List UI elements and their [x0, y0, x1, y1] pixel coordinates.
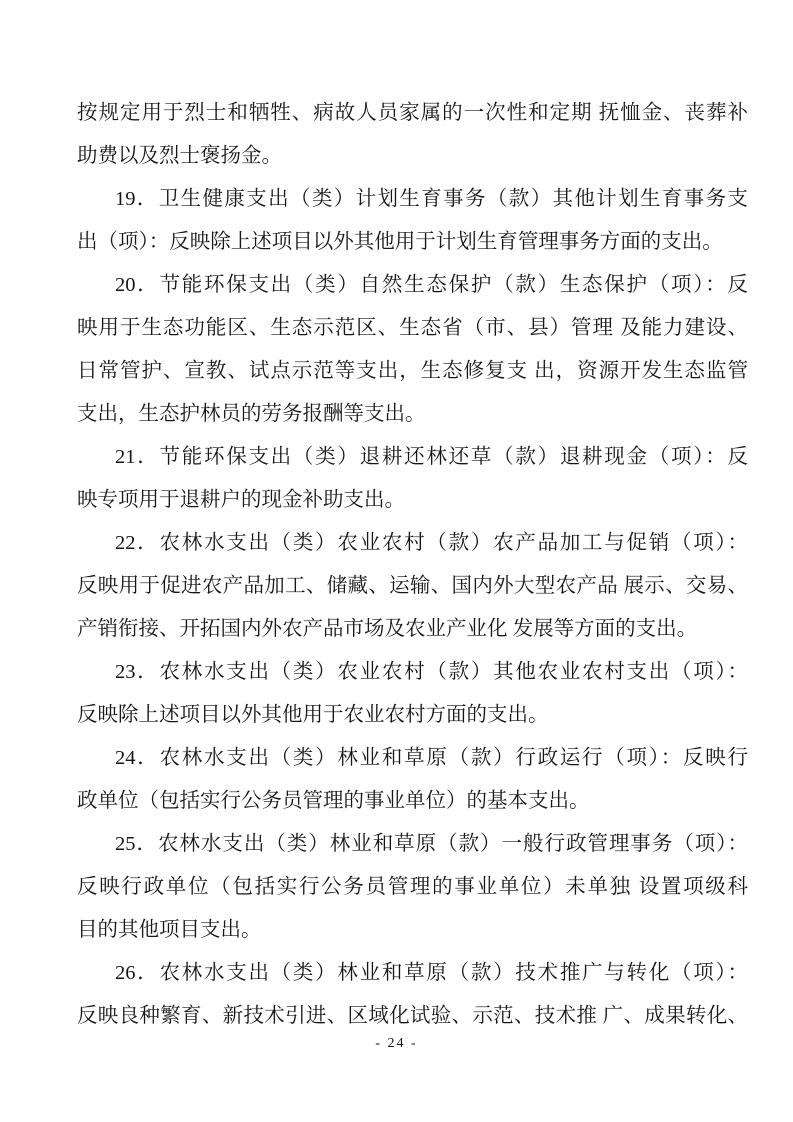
document-body: 按规定用于烈士和牺牲、病故人员家属的一次性和定期 抚恤金、丧葬补助费以及烈士褒扬…	[77, 92, 748, 1038]
text-line-item-23: 反映除上述项目以外其他用于农业农村方面的支出。	[77, 694, 748, 737]
text-line-item-20: 20．节能环保支出（类）自然生态保护（款）生态保护（项）：反	[77, 264, 748, 307]
text-line: 助费以及烈士褒扬金。	[77, 135, 748, 178]
document-page: 按规定用于烈士和牺牲、病故人员家属的一次性和定期 抚恤金、丧葬补助费以及烈士褒扬…	[0, 0, 793, 1122]
text-line-item-19: 19．卫生健康支出（类）计划生育事务（款）其他计划生育事务支	[77, 178, 748, 221]
text-line-item-22: 产销衔接、开拓国内外农产品市场及农业产业化 发展等方面的支出。	[77, 608, 748, 651]
text-line-item-25: 25．农林水支出（类）林业和草原（款）一般行政管理事务（项）：	[77, 823, 748, 866]
text-line-item-21: 映专项用于退耕户的现金补助支出。	[77, 479, 748, 522]
text-line-item-23: 23．农林水支出（类）农业农村（款）其他农业农村支出（项）：	[77, 651, 748, 694]
text-line-item-20: 日常管护、宣教、试点示范等支出，生态修复支 出，资源开发生态监管	[77, 350, 748, 393]
text-line-item-26: 反映良种繁育、新技术引进、区域化试验、示范、技术推 广、成果转化、	[77, 995, 748, 1038]
text-line-item-22: 22．农林水支出（类）农业农村（款）农产品加工与促销（项）：	[77, 522, 748, 565]
text-line-item-25: 反映行政单位（包括实行公务员管理的事业单位）未单独 设置项级科	[77, 866, 748, 909]
text-line-item-19: 出（项）：反映除上述项目以外其他用于计划生育管理事务方面的支出。	[77, 221, 748, 264]
page-number: - 24 -	[0, 1036, 793, 1052]
text-line-item-26: 26．农林水支出（类）林业和草原（款）技术推广与转化（项）：	[77, 952, 748, 995]
text-line-item-25: 目的其他项目支出。	[77, 909, 748, 952]
text-line-item-20: 映用于生态功能区、生态示范区、生态省（市、县）管理 及能力建设、	[77, 307, 748, 350]
text-line-item-22: 反映用于促进农产品加工、储藏、运输、国内外大型农产品 展示、交易、	[77, 565, 748, 608]
text-line-item-24: 政单位（包括实行公务员管理的事业单位）的基本支出。	[77, 780, 748, 823]
text-line-item-20: 支出，生态护林员的劳务报酬等支出。	[77, 393, 748, 436]
text-line-item-21: 21．节能环保支出（类）退耕还林还草（款）退耕现金（项）：反	[77, 436, 748, 479]
text-line: 按规定用于烈士和牺牲、病故人员家属的一次性和定期 抚恤金、丧葬补	[77, 92, 748, 135]
text-line-item-24: 24．农林水支出（类）林业和草原（款）行政运行（项）：反映行	[77, 737, 748, 780]
